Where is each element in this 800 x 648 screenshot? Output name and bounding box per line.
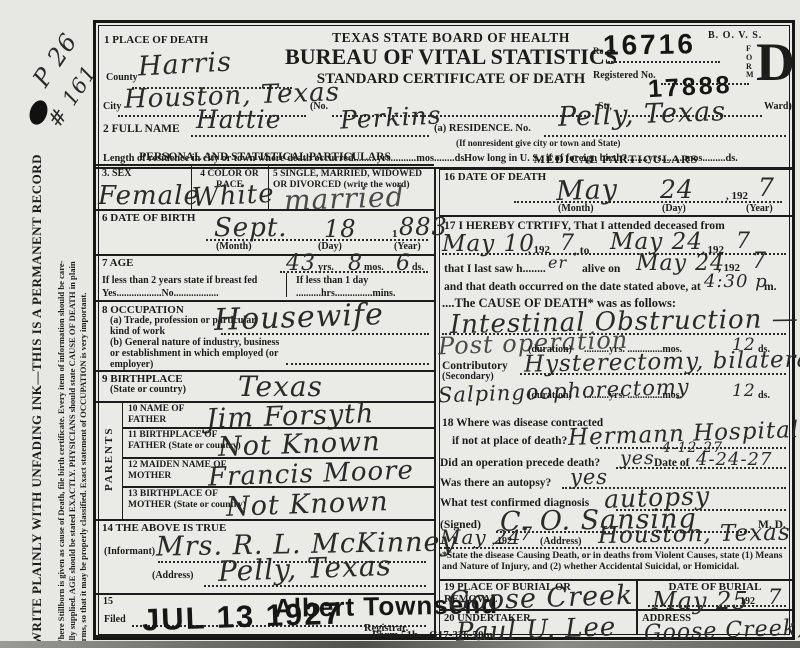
form-letter-d: D <box>756 33 795 91</box>
age-dots <box>280 271 428 273</box>
death-occurred-line: and that death occurred on the date stat… <box>444 281 701 294</box>
dob-month: Sept. <box>214 215 288 241</box>
rule-under-dob <box>96 254 434 256</box>
parents-strip-divider <box>122 401 123 519</box>
yes-no-line: Yes..................No.................… <box>102 289 219 300</box>
signed-address-dots <box>440 547 786 549</box>
informant-address-label: (Address) <box>152 571 193 582</box>
birthplace-sub-label: (State or country) <box>110 385 186 396</box>
last-saw-year: 7 <box>752 251 767 273</box>
margin-note-line2: fully supplied. AGE should be stated EXA… <box>68 261 77 648</box>
attended-from-year: 7 <box>560 233 575 255</box>
place-of-burial-value: Goose Creek <box>448 582 634 615</box>
death-time-m-label: m. <box>764 281 777 294</box>
death-certificate-scan: P 26 # 161 WRITE PLAINLY WITH UNFADING I… <box>0 0 800 648</box>
attended-to-label: , to <box>574 245 589 258</box>
informant-address-dots <box>204 585 426 587</box>
residence-dots <box>544 135 786 137</box>
certificate-body: 1 PLACE OF DEATH County Harris TEXAS STA… <box>93 20 795 640</box>
attended-to-year: 7 <box>736 231 751 253</box>
last-saw-mid: alive on <box>582 263 620 276</box>
burial-date-dots <box>648 605 786 607</box>
contrib-duration-ds-label: ds. <box>758 391 770 402</box>
contrib-duration-units: ..........yrs. ..............mos. <box>584 391 682 402</box>
rule-under-personal-title <box>96 164 434 166</box>
age-label: 7 AGE <box>102 258 133 270</box>
margin-note-line3: terms, so that it may be properly classi… <box>79 293 88 648</box>
signed-address-value: Houston, Texas — <box>598 521 800 548</box>
last-saw-pre: that I last saw h........ <box>444 263 546 276</box>
informant-address-value: Pelly, Texas <box>218 552 393 586</box>
birthplace-value: Texas <box>238 373 323 401</box>
full-name-first: Hattie <box>196 107 282 132</box>
informant-label: (Informant) <box>104 547 155 558</box>
operation-dots <box>616 467 786 469</box>
street-no-label: (No. <box>310 102 328 113</box>
reg-prefix-label: Re <box>593 47 604 57</box>
last-saw-pronoun: er <box>548 255 567 271</box>
bovs-label: B. O. V. S. <box>708 31 762 42</box>
ink-blot <box>27 98 51 127</box>
autopsy-label: Was there an autopsy? <box>440 477 551 489</box>
parents-vertical-label: PARENTS <box>104 426 116 491</box>
rule-under-dod <box>440 215 792 217</box>
residence-label: (a) RESIDENCE. No. <box>434 123 531 134</box>
parents-box-bottom-rule <box>96 519 434 521</box>
breastfed-line: If less than 2 years state if breast fed <box>102 276 257 287</box>
dod-year-caption: (Year) <box>746 204 773 215</box>
form-word-vertical: F O R M <box>746 45 756 80</box>
nonresident-note: (If nonresident give city or town and St… <box>456 139 620 149</box>
date-of-death-day: 24 <box>660 177 694 202</box>
personal-title: PERSONAL AND STATISTICAL PARTICULARS <box>96 151 434 163</box>
death-time-value: 4:30 p <box>704 273 768 291</box>
rule-under-medical-title <box>440 168 792 170</box>
where-contracted-line2: if not at place of death? <box>452 435 567 447</box>
scan-edge-band <box>0 641 800 648</box>
item15-label: 15 <box>103 597 113 608</box>
less-than-day-line: If less than 1 day <box>296 276 368 287</box>
bureau-title: BUREAU OF VITAL STATISTICS <box>261 45 641 69</box>
ward-label: Ward) <box>764 102 792 113</box>
rule-under-row345 <box>96 209 434 211</box>
attended-dots <box>442 253 786 255</box>
cause-footnote: *State the disease Causing Death, or in … <box>442 551 790 572</box>
operation-precede-value: yes <box>620 449 655 468</box>
margin-note-line1: Where Stillborn is given as cause of Dea… <box>57 260 66 648</box>
age-inner-divider <box>286 273 287 297</box>
filed-label: Filed <box>104 615 126 626</box>
registered-no-label: Registered No. <box>593 71 656 82</box>
signed-year-value: 7 <box>520 525 533 544</box>
medical-title: MEDICAL PARTICULARS <box>440 153 792 166</box>
father-birthplace-value: Not Known <box>218 428 381 461</box>
date-of-burial-value: May 25 <box>652 589 749 613</box>
city-label: City <box>103 102 121 113</box>
file-number-stamp: 16716 <box>603 30 696 60</box>
dob-day: 18 <box>324 217 357 241</box>
date-of-death-dots <box>514 201 782 203</box>
place-of-death-label: 1 PLACE OF DEATH <box>104 35 208 47</box>
dod-day-caption: (Day) <box>662 204 686 215</box>
contrib-duration-days: 12 <box>732 383 756 400</box>
full-name-last: Perkins <box>339 102 442 132</box>
occupation-b-label: (b) General nature of industry, business… <box>110 337 282 371</box>
dob-day-caption: (Day) <box>318 242 342 253</box>
dob-label: 6 DATE OF BIRTH <box>102 213 195 225</box>
mother-birthplace-value: Not Known <box>226 488 389 521</box>
dod-month-caption: (Month) <box>558 204 594 215</box>
full-name-dots <box>191 135 429 137</box>
reg-dotted-line <box>608 61 720 63</box>
dob-year: 883 <box>399 215 448 239</box>
rule-under-father <box>122 427 434 429</box>
contributory-dots <box>520 373 786 375</box>
date-of-death-label: 16 DATE OF DEATH <box>444 172 546 184</box>
residence-value: Pelly, Texas <box>558 98 727 131</box>
attended-from-year-printed: , 192 <box>528 245 550 257</box>
county-value: Harris <box>137 49 232 81</box>
race-value: White <box>191 181 275 211</box>
occupation-value: Housewife <box>214 300 385 336</box>
contrib-duration-label: (duration) <box>528 391 572 402</box>
autopsy-value: yes <box>570 467 608 488</box>
dob-month-caption: (Month) <box>216 242 252 253</box>
occupation-b-dots <box>286 363 429 365</box>
sex-label: 3. SEX <box>102 169 131 180</box>
date-of-death-year: 7 <box>758 175 775 200</box>
full-name-label: 2 FULL NAME <box>103 123 180 135</box>
sex-value: Female <box>98 183 200 209</box>
county-label: County <box>106 73 138 84</box>
margin-warning-text: WRITE PLAINLY WITH UNFADING INK—THIS IS … <box>30 154 44 645</box>
